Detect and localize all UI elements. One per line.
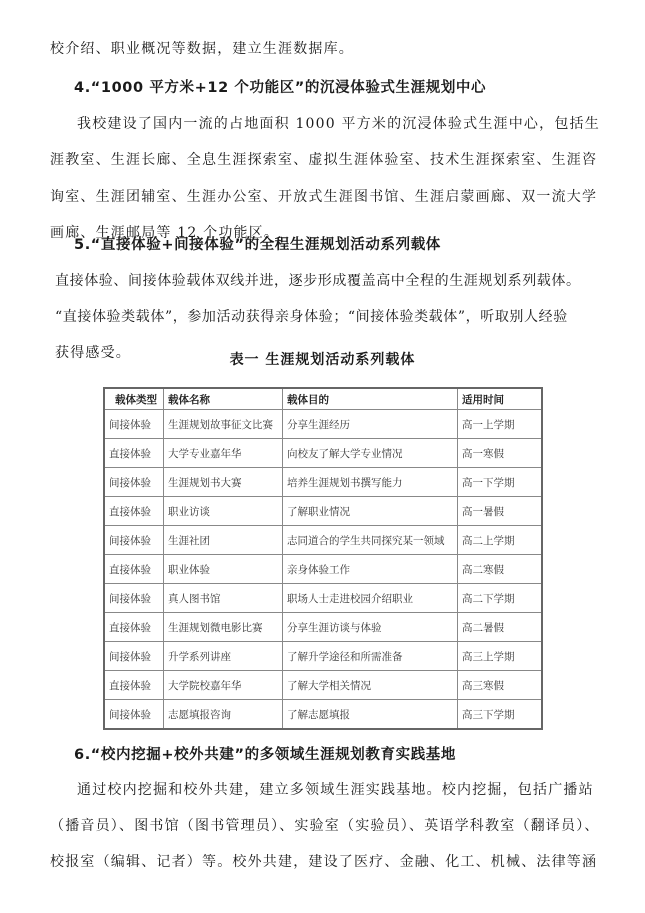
- cell-type: 间接体验: [104, 410, 164, 439]
- section-heading-5: 5.“直接体验+间接体验”的全程生涯规划活动系列载体: [0, 233, 645, 254]
- cell-time: 高三寒假: [458, 671, 543, 700]
- paragraph-line: 校报室（编辑、记者）等。校外共建，建设了医疗、金融、化工、机械、法律等涵: [0, 851, 645, 871]
- column-header-time: 适用时间: [458, 388, 543, 410]
- cell-purpose: 培养生涯规划书撰写能力: [283, 468, 458, 497]
- table-row: 间接体验志愿填报咨询了解志愿填报高三下学期: [104, 700, 542, 730]
- cell-purpose: 了解职业情况: [283, 497, 458, 526]
- cell-name: 大学专业嘉年华: [164, 439, 283, 468]
- cell-type: 直接体验: [104, 555, 164, 584]
- table-caption: 表一 生涯规划活动系列载体: [0, 349, 645, 369]
- section-heading-4: 4.“1000 平方米+12 个功能区”的沉浸体验式生涯规划中心: [0, 76, 645, 97]
- cell-time: 高二下学期: [458, 584, 543, 613]
- paragraph-line: 涯教室、生涯长廊、全息生涯探索室、虚拟生涯体验室、技术生涯探索室、生涯咨: [0, 149, 645, 169]
- table-row: 间接体验真人图书馆职场人士走进校园介绍职业高二下学期: [104, 584, 542, 613]
- table-row: 直接体验职业访谈了解职业情况高一暑假: [104, 497, 542, 526]
- cell-type: 间接体验: [104, 642, 164, 671]
- table-row: 直接体验大学专业嘉年华向校友了解大学专业情况高一寒假: [104, 439, 542, 468]
- section-heading-6: 6.“校内挖掘+校外共建”的多领域生涯规划教育实践基地: [0, 743, 645, 764]
- cell-name: 生涯规划微电影比赛: [164, 613, 283, 642]
- cell-time: 高三上学期: [458, 642, 543, 671]
- table-row: 直接体验大学院校嘉年华了解大学相关情况高三寒假: [104, 671, 542, 700]
- column-header-name: 载体名称: [164, 388, 283, 410]
- cell-name: 生涯社团: [164, 526, 283, 555]
- table-row: 间接体验生涯规划故事征文比赛分享生涯经历高一上学期: [104, 410, 542, 439]
- paragraph-line: 询室、生涯团辅室、生涯办公室、开放式生涯图书馆、生涯启蒙画廊、双一流大学: [0, 186, 645, 206]
- table-row: 直接体验生涯规划微电影比赛分享生涯访谈与体验高二暑假: [104, 613, 542, 642]
- table-row: 直接体验职业体验亲身体验工作高二寒假: [104, 555, 542, 584]
- cell-purpose: 志同道合的学生共同探究某一领域: [283, 526, 458, 555]
- cell-purpose: 分享生涯经历: [283, 410, 458, 439]
- cell-time: 高一下学期: [458, 468, 543, 497]
- cell-type: 间接体验: [104, 584, 164, 613]
- cell-purpose: 职场人士走进校园介绍职业: [283, 584, 458, 613]
- cell-time: 高一寒假: [458, 439, 543, 468]
- carrier-table: 载体类型 载体名称 载体目的 适用时间 间接体验生涯规划故事征文比赛分享生涯经历…: [103, 387, 543, 730]
- paragraph-line: “直接体验类载体”，参加活动获得亲身体验；“间接体验类载体”，听取别人经验: [0, 306, 645, 326]
- cell-type: 间接体验: [104, 526, 164, 555]
- paragraph-line: 校介绍、职业概况等数据，建立生涯数据库。: [0, 38, 645, 58]
- cell-name: 大学院校嘉年华: [164, 671, 283, 700]
- cell-name: 真人图书馆: [164, 584, 283, 613]
- paragraph-line: 我校建设了国内一流的占地面积 1000 平方米的沉浸体验式生涯中心，包括生: [0, 113, 645, 133]
- cell-time: 高三下学期: [458, 700, 543, 730]
- cell-purpose: 了解志愿填报: [283, 700, 458, 730]
- cell-purpose: 亲身体验工作: [283, 555, 458, 584]
- cell-purpose: 分享生涯访谈与体验: [283, 613, 458, 642]
- cell-time: 高一上学期: [458, 410, 543, 439]
- cell-time: 高二暑假: [458, 613, 543, 642]
- column-header-type: 载体类型: [104, 388, 164, 410]
- cell-time: 高一暑假: [458, 497, 543, 526]
- cell-time: 高二寒假: [458, 555, 543, 584]
- cell-name: 生涯规划故事征文比赛: [164, 410, 283, 439]
- cell-name: 职业体验: [164, 555, 283, 584]
- table-row: 间接体验升学系列讲座了解升学途径和所需准备高三上学期: [104, 642, 542, 671]
- cell-time: 高二上学期: [458, 526, 543, 555]
- table-row: 间接体验生涯社团志同道合的学生共同探究某一领域高二上学期: [104, 526, 542, 555]
- cell-name: 生涯规划书大赛: [164, 468, 283, 497]
- table-row: 间接体验生涯规划书大赛培养生涯规划书撰写能力高一下学期: [104, 468, 542, 497]
- paragraph-line: 直接体验、间接体验载体双线并进，逐步形成覆盖高中全程的生涯规划系列载体。: [0, 270, 645, 290]
- cell-type: 直接体验: [104, 671, 164, 700]
- cell-type: 直接体验: [104, 439, 164, 468]
- cell-name: 升学系列讲座: [164, 642, 283, 671]
- cell-purpose: 了解大学相关情况: [283, 671, 458, 700]
- paragraph-line: （播音员）、图书馆（图书管理员）、实验室（实验员）、英语学科教室（翻译员）、: [0, 815, 645, 835]
- table-header-row: 载体类型 载体名称 载体目的 适用时间: [104, 388, 542, 410]
- cell-purpose: 向校友了解大学专业情况: [283, 439, 458, 468]
- column-header-purpose: 载体目的: [283, 388, 458, 410]
- cell-name: 职业访谈: [164, 497, 283, 526]
- cell-purpose: 了解升学途径和所需准备: [283, 642, 458, 671]
- cell-name: 志愿填报咨询: [164, 700, 283, 730]
- cell-type: 直接体验: [104, 613, 164, 642]
- cell-type: 直接体验: [104, 497, 164, 526]
- cell-type: 间接体验: [104, 468, 164, 497]
- paragraph-line: 通过校内挖掘和校外共建，建立多领域生涯实践基地。校内挖掘，包括广播站: [0, 779, 645, 799]
- cell-type: 间接体验: [104, 700, 164, 730]
